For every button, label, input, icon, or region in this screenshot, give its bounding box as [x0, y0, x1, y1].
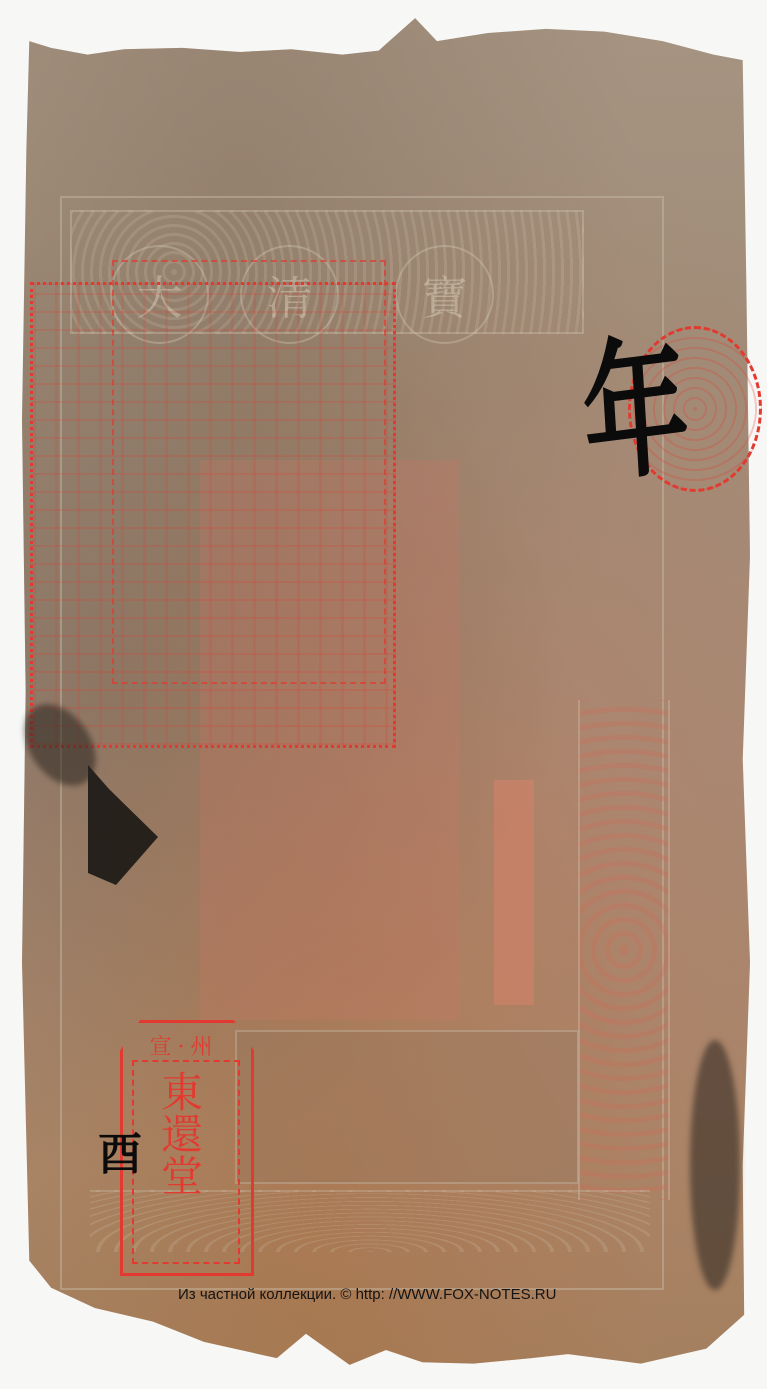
ink-brush-character-lower: 酉	[98, 1118, 142, 1182]
ink-brush-character-upper: 年	[576, 284, 694, 512]
collection-watermark-caption: Из частной коллекции. © http: //WWW.FOX-…	[178, 1286, 598, 1303]
square-seal-inner-border	[112, 260, 386, 684]
tall-seal-top-text: 宣·州	[138, 1030, 230, 1061]
bottom-text-grid	[235, 1030, 579, 1184]
tall-seal-main-text: 東還堂	[160, 1070, 208, 1196]
denomination-pink-bar	[494, 780, 534, 1005]
ink-smudge-right	[690, 1040, 740, 1290]
right-floral-border	[578, 700, 670, 1200]
top-circle-glyph-3: 寶	[395, 245, 494, 344]
